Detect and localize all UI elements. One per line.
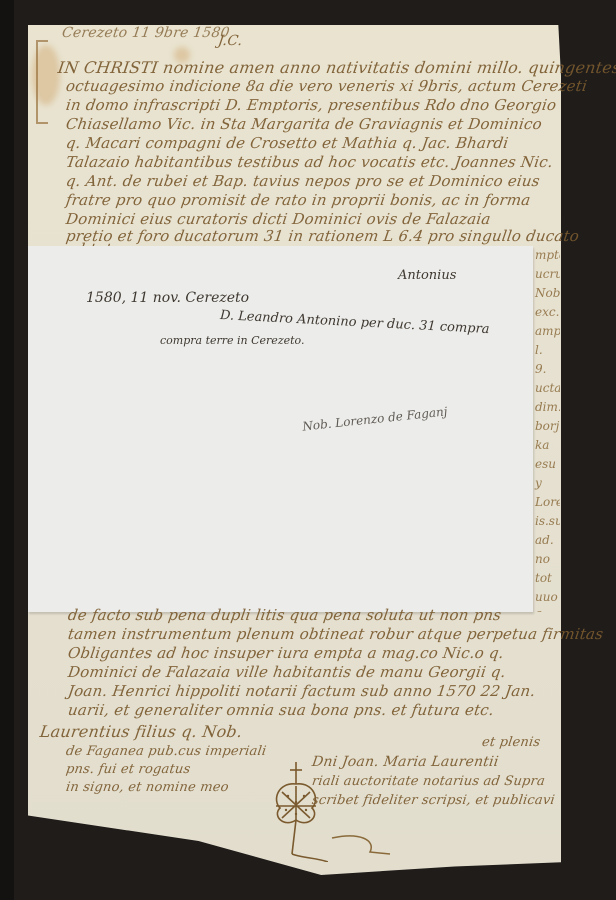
text-line: Dominici de Falazaia ville habitantis de… bbox=[67, 663, 507, 682]
text-line: Joan. Henrici hippoliti notarii factum s… bbox=[67, 682, 537, 701]
subscription-left-line: pns. fui et rogatus bbox=[65, 760, 192, 779]
subscription-right-line: Dni Joan. Maria Laurentii bbox=[311, 753, 500, 772]
margin-fragment: dim. bbox=[535, 398, 560, 417]
margin-fragment: Nob. bbox=[535, 284, 560, 303]
margin-fragment: Lores bbox=[535, 493, 560, 512]
mount-edge bbox=[0, 0, 14, 900]
margin-fragment: no tot bbox=[535, 550, 560, 588]
margin-fragment: l. bbox=[535, 341, 560, 360]
margin-fragment: exc. bbox=[535, 303, 560, 322]
text-line: q. Ant. de rubei et Bap. tavius nepos pr… bbox=[65, 172, 541, 191]
margin-fragment: ampt bbox=[535, 322, 560, 341]
text-line: fratre pro quo promisit de rato in propr… bbox=[65, 191, 532, 210]
text-line: Obligantes ad hoc insuper iura empta a m… bbox=[67, 644, 505, 663]
margin-fragment: is.sul bbox=[535, 512, 560, 531]
text-line: Chiasellamo Vic. in Sta Margarita de Gra… bbox=[65, 115, 543, 134]
margin-bracket bbox=[36, 40, 48, 124]
slip-name: Antonius bbox=[398, 268, 456, 283]
attached-note-slip: Antonius 1580, 11 nov. Cerezeto D. Leand… bbox=[28, 246, 533, 612]
margin-fragment: ad. bbox=[535, 531, 560, 550]
margin-fragment: mpto bbox=[535, 246, 560, 265]
margin-fragment: y bbox=[535, 474, 560, 493]
text-line: octuagesimo indicione 8a die vero veneri… bbox=[65, 77, 589, 96]
subscription-right-line: riali auctoritate notarius ad Supra bbox=[311, 772, 547, 791]
margin-fragment: ka bbox=[535, 436, 560, 455]
subscription-left-line: in signo, et nomine meo bbox=[65, 778, 230, 797]
text-line: Talazaio habitantibus testibus ad hoc vo… bbox=[65, 153, 554, 172]
text-line: uarii, et generaliter omnia sua bona pns… bbox=[67, 701, 496, 720]
right-margin-text: mpto ucru Nob. exc. ampt l. 9. ucta dim.… bbox=[533, 246, 560, 612]
slip-entry-line2: compra terre in Cerezeto. bbox=[160, 334, 304, 347]
margin-fragment: ucru bbox=[535, 265, 560, 284]
margin-fragment: 9. bbox=[535, 607, 560, 612]
text-line: de facto sub pena dupli litis qua pena s… bbox=[67, 606, 503, 625]
margin-fragment: esu bbox=[535, 455, 560, 474]
text-line: in domo infrascripti D. Emptoris, presen… bbox=[65, 96, 558, 115]
paraph-flourish-icon bbox=[330, 830, 420, 870]
text-line: tamen instrumentum plenum obtineat robur… bbox=[67, 625, 605, 644]
subscription-left-line: Laurentius filius q. Nob. bbox=[39, 722, 244, 741]
subscription-left-line: de Faganea pub.cus imperiali bbox=[65, 742, 268, 761]
margin-fragment: borj bbox=[535, 417, 560, 436]
margin-fragment: 9. bbox=[535, 360, 560, 379]
text-line: IN CHRISTI nomine amen anno nativitatis … bbox=[57, 58, 616, 77]
notary-signum-icon bbox=[268, 762, 328, 862]
margin-fragment: ucta bbox=[535, 379, 560, 398]
subscription-right-line: et plenis bbox=[481, 733, 542, 752]
slip-date-place: 1580, 11 nov. Cerezeto bbox=[86, 290, 249, 306]
margin-fragment: uuo bbox=[535, 588, 560, 607]
slip-notary: Nob. Lorenzo de Faganj bbox=[302, 404, 448, 433]
slip-entry-line1: D. Leandro Antonino per duc. 31 compra bbox=[220, 308, 490, 337]
subscription-right-line: scribet fideliter scripsi, et publicavi bbox=[311, 791, 556, 810]
header-place-date: Cerezeto 11 9bre 1580 bbox=[61, 24, 231, 43]
text-line: q. Macari compagni de Crosetto et Mathia… bbox=[65, 134, 510, 153]
header-invocation: J.C. bbox=[217, 32, 244, 51]
